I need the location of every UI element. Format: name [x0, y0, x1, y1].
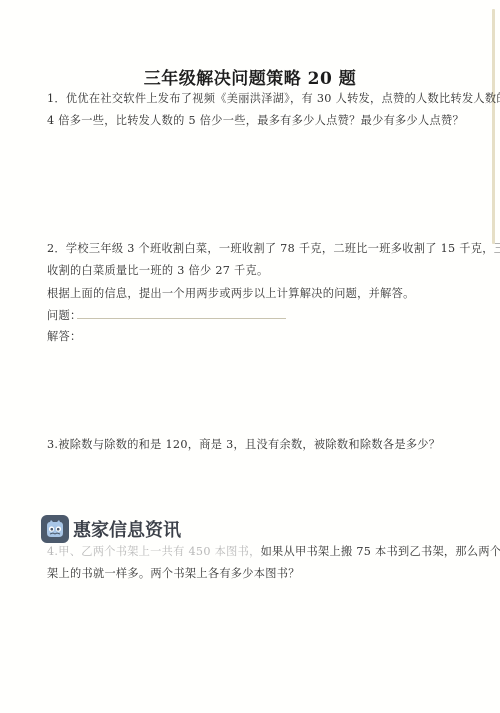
- question-4-faded-prefix: 4.甲、乙两个书架上一共有 450 本图书，: [47, 545, 261, 558]
- question-2-line-2: 收割的白菜质量比一班的 3 倍少 27 千克。: [47, 264, 442, 278]
- question-4-line-2: 架上的书就一样多。两个书架上各有多少本图书？: [47, 567, 442, 581]
- question-1-line-1: 1．优优在社交软件上发布了视频《美丽洪泽湖》，有 30 人转发，点赞的人数比转发…: [47, 92, 442, 106]
- question-2-instruction: 根据上面的信息，提出一个用两步或两步以上计算解决的问题，并解答。: [47, 287, 442, 301]
- watermark: 惠家信息资讯: [41, 513, 181, 545]
- document-title: 三年级解决问题策略 20 题: [0, 64, 500, 89]
- question-1-line-2: 4 倍多一些，比转发人数的 5 倍少一些，最多有多少人点赞？最少有多少人点赞？: [47, 114, 442, 128]
- question-blank-line[interactable]: [77, 318, 286, 319]
- answer-label: 解答：: [47, 330, 442, 344]
- document-page: 三年级解决问题策略 20 题 1．优优在社交软件上发布了视频《美丽洪泽湖》，有 …: [0, 0, 500, 713]
- robot-face-icon: [41, 515, 69, 543]
- watermark-text: 惠家信息资讯: [73, 516, 181, 542]
- scrollbar[interactable]: [492, 9, 495, 244]
- question-2-line-1: 2．学校三年级 3 个班收割白菜，一班收割了 78 千克，二班比一班多收割了 1…: [47, 242, 442, 256]
- question-4-line-1: 4.甲、乙两个书架上一共有 450 本图书，如果从甲书架上搬 75 本书到乙书架…: [47, 545, 442, 559]
- question-4-line-1-rest: 如果从甲书架上搬 75 本书到乙书架，那么两个书: [261, 545, 500, 558]
- question-label: 问题：: [47, 309, 442, 323]
- question-3-line-1: 3.被除数与除数的和是 120，商是 3，且没有余数，被除数和除数各是多少？: [47, 438, 442, 452]
